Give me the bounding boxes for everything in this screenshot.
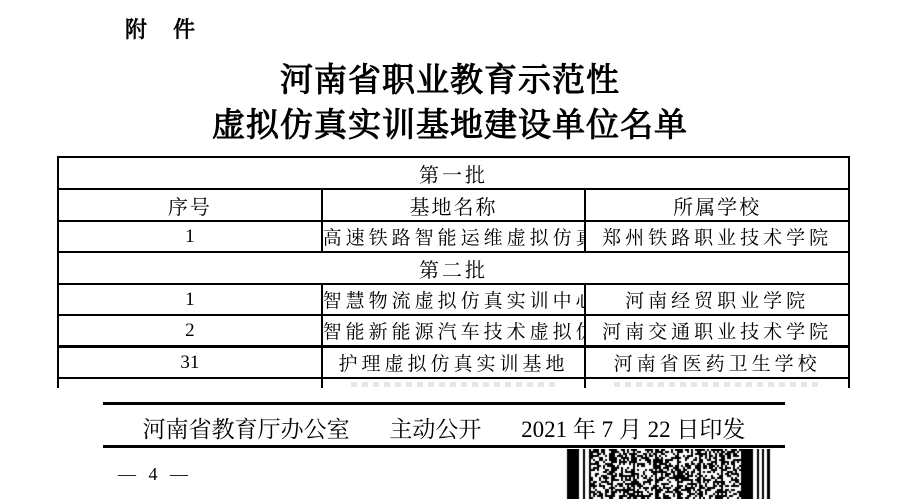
document-title-line2: 虚拟仿真实训基地建设单位名单 <box>0 99 900 146</box>
scan-ghost-text <box>614 382 820 387</box>
column-header-school: 所属学校 <box>585 189 849 221</box>
cell-base: 智慧物流虚拟仿真实训中心 <box>322 284 586 315</box>
column-header-base: 基地名称 <box>322 189 586 221</box>
table-row: 31 护理虚拟仿真实训基地 河南省医药卫生学校 <box>58 347 849 379</box>
cell-base: 高速铁路智能运维虚拟仿真实训基地 <box>322 221 586 252</box>
footer-top-rule <box>103 402 785 405</box>
table-row: 2 智能新能源汽车技术虚拟仿真实训基地 河南交通职业技术学院 <box>58 315 849 347</box>
roster-table-wrap: 第一批 序号 基地名称 所属学校 1 高速铁路智能运维虚拟仿真实训基地 郑州铁路… <box>57 156 852 404</box>
table-row-clipped <box>58 378 849 388</box>
cell-no: 1 <box>58 221 322 252</box>
table-row: 1 高速铁路智能运维虚拟仿真实训基地 郑州铁路职业技术学院 <box>58 221 849 252</box>
footer-imprint-line: 河南省教育厅办公室 主动公开 2021 年 7 月 22 日印发 <box>103 411 785 444</box>
cell-school: 河南省医药卫生学校 <box>585 347 849 379</box>
column-header-row: 序号 基地名称 所属学校 <box>58 189 849 221</box>
column-header-no: 序号 <box>58 189 322 221</box>
cell-base: 护理虚拟仿真实训基地 <box>322 347 586 379</box>
document-title-line1: 河南省职业教育示范性 <box>0 54 900 101</box>
footer-bottom-rule <box>103 445 785 448</box>
cell-base: 智能新能源汽车技术虚拟仿真实训基地 <box>322 315 586 347</box>
page-number: — 4 — <box>118 464 192 485</box>
cell-no: 31 <box>58 347 322 379</box>
document-barcode <box>565 449 780 499</box>
footer-issuer: 河南省教育厅办公室 <box>143 417 350 442</box>
cell-no: 2 <box>58 315 322 347</box>
batch1-header-row: 第一批 <box>58 157 849 189</box>
cell-no: 1 <box>58 284 322 315</box>
table-row: 1 智慧物流虚拟仿真实训中心 河南经贸职业学院 <box>58 284 849 315</box>
batch1-header: 第一批 <box>58 157 849 189</box>
cell-school: 河南经贸职业学院 <box>585 284 849 315</box>
batch2-header-row: 第二批 <box>58 252 849 284</box>
cell-school: 河南交通职业技术学院 <box>585 315 849 347</box>
footer-disclosure: 主动公开 <box>389 417 481 442</box>
batch2-header: 第二批 <box>58 252 849 284</box>
attachment-label: 附 件 <box>125 13 197 44</box>
cell-school: 郑州铁路职业技术学院 <box>585 221 849 252</box>
scan-ghost-text <box>351 382 557 387</box>
roster-table: 第一批 序号 基地名称 所属学校 1 高速铁路智能运维虚拟仿真实训基地 郑州铁路… <box>57 156 850 388</box>
document-page: 附 件 河南省职业教育示范性 虚拟仿真实训基地建设单位名单 第一批 序号 基地名… <box>0 0 900 500</box>
footer-print-date: 2021 年 7 月 22 日印发 <box>521 417 745 442</box>
